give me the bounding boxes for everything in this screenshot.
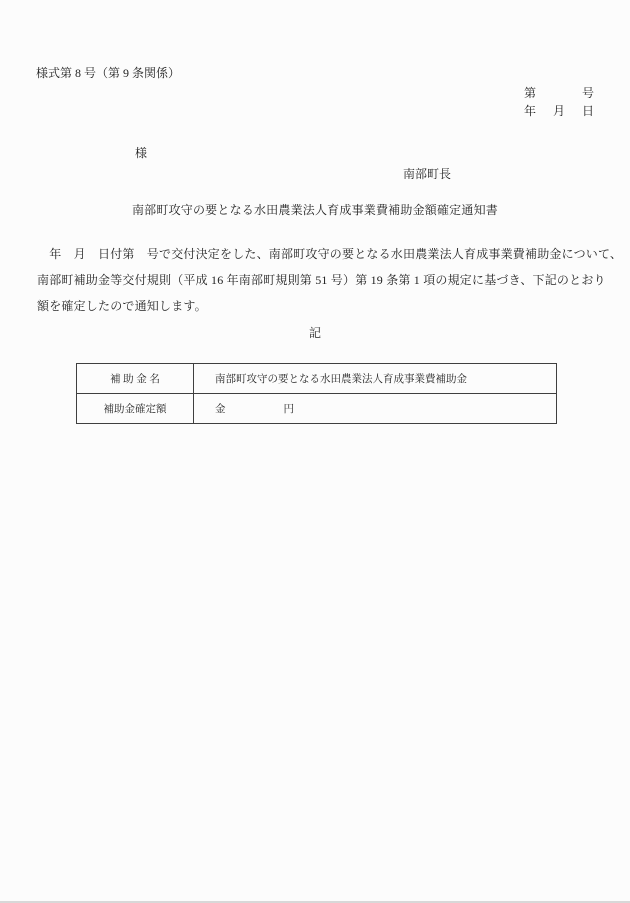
body-line-3: 額を確定したので通知します。 — [37, 293, 597, 319]
document-page: 様式第 8 号（第 9 条関係） 第 号 年 月 日 様 南部町長 南部町攻守の… — [0, 0, 630, 903]
doc-number-line: 第 号 — [524, 87, 594, 99]
subsidy-table: 補 助 金 名 南部町攻守の要となる水田農業法人育成事業費補助金 補助金確定額 … — [76, 363, 557, 424]
body-line-1: 年 月 日付第 号で交付決定をした、南部町攻守の要となる水田農業法人育成事業費補… — [37, 241, 597, 267]
date-day-label: 日 — [582, 105, 594, 117]
table-row-confirmed-amount: 補助金確定額 金円 — [77, 394, 557, 424]
document-title: 南部町攻守の要となる水田農業法人育成事業費補助金額確定通知書 — [0, 204, 630, 216]
date-line: 年 月 日 — [524, 105, 594, 117]
body-paragraph: 年 月 日付第 号で交付決定をした、南部町攻守の要となる水田農業法人育成事業費補… — [37, 241, 597, 319]
amount-unit-yen: 円 — [284, 404, 295, 415]
doc-number-suffix: 号 — [582, 87, 594, 99]
amount-currency-prefix: 金 — [215, 404, 226, 415]
subsidy-name-value: 南部町攻守の要となる水田農業法人育成事業費補助金 — [194, 364, 557, 394]
form-number: 様式第 8 号（第 9 条関係） — [36, 67, 180, 79]
table-row-subsidy-name: 補 助 金 名 南部町攻守の要となる水田農業法人育成事業費補助金 — [77, 364, 557, 394]
confirmed-amount-value: 金円 — [194, 394, 557, 424]
body-line-2: 南部町補助金等交付規則（平成 16 年南部町規則第 51 号）第 19 条第 1… — [37, 267, 597, 293]
doc-number-prefix: 第 — [524, 87, 536, 99]
record-marker: 記 — [0, 327, 630, 339]
recipient-honorific: 様 — [135, 147, 147, 159]
date-year-label: 年 — [524, 105, 536, 117]
confirmed-amount-label: 補助金確定額 — [77, 394, 194, 424]
sender-title: 南部町長 — [403, 168, 451, 180]
subsidy-name-label: 補 助 金 名 — [77, 364, 194, 394]
date-month-label: 月 — [553, 105, 565, 117]
